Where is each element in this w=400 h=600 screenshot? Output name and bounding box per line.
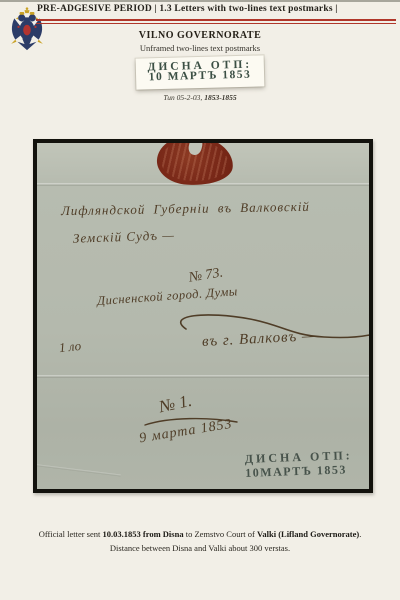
- caption-text: to Zemstvo Court of: [184, 529, 257, 539]
- page-title: VILNO GOVERNORATE: [0, 30, 400, 41]
- scan-edge-line: [0, 0, 400, 2]
- struck-postmark: ДИСНА ОТП: 10МАРТЪ 1853: [245, 448, 354, 480]
- postmark-type-reference: Тип 05-2-03, 1853-1855: [0, 93, 400, 102]
- exhibit-caption: Official letter sent 10.03.1853 from Dis…: [10, 528, 390, 555]
- handwritten-sender-line: Дисненской город. Думы: [97, 284, 239, 309]
- letter-cover: Лифляндской Губерніи въ Валковскій Земск…: [37, 143, 369, 489]
- caption-date-origin: 10.03.1853 from Disna: [103, 529, 184, 539]
- handwritten-document-number: № 73.: [188, 265, 224, 286]
- caption-text: .: [359, 529, 361, 539]
- struck-postmark-date: 10МАРТЪ 1853: [245, 462, 353, 480]
- postmark-type-card: ДИСНА ОТП: 10 МАРТЪ 1853: [136, 55, 265, 89]
- exhibit-band-title: PRE-ADGESIVE PERIOD | 1.3 Letters with t…: [37, 4, 395, 14]
- paper-crease: [37, 464, 121, 477]
- caption-destination: Valki (Lifland Governorate): [257, 529, 359, 539]
- postmark-date-line: 10 МАРТЪ 1853: [136, 68, 264, 83]
- type-ref-years: 1853-1855: [204, 93, 237, 102]
- fold-line-bottom: [37, 375, 369, 378]
- handwritten-weight-mark: 1 ло: [58, 338, 82, 356]
- page-subtitle: Unframed two-lines text postmarks: [0, 43, 400, 53]
- type-ref-code: Тип 05-2-03,: [163, 93, 204, 102]
- handwritten-address-line2: Земскій Судъ —: [73, 227, 175, 247]
- caption-text: Official letter sent: [39, 529, 103, 539]
- letter-photo-frame: Лифляндской Губерніи въ Валковскій Земск…: [33, 139, 373, 493]
- caption-line1: Official letter sent 10.03.1853 from Dis…: [10, 528, 390, 542]
- caption-line2: Distance between Disna and Valki about 3…: [10, 542, 390, 556]
- handwritten-address-line1: Лифляндской Губерніи въ Валковскій: [61, 199, 310, 219]
- handwritten-receipt-number: № 1.: [157, 391, 193, 417]
- exhibit-page: PRE-ADGESIVE PERIOD | 1.3 Letters with t…: [0, 0, 400, 600]
- red-double-rule: [36, 19, 396, 24]
